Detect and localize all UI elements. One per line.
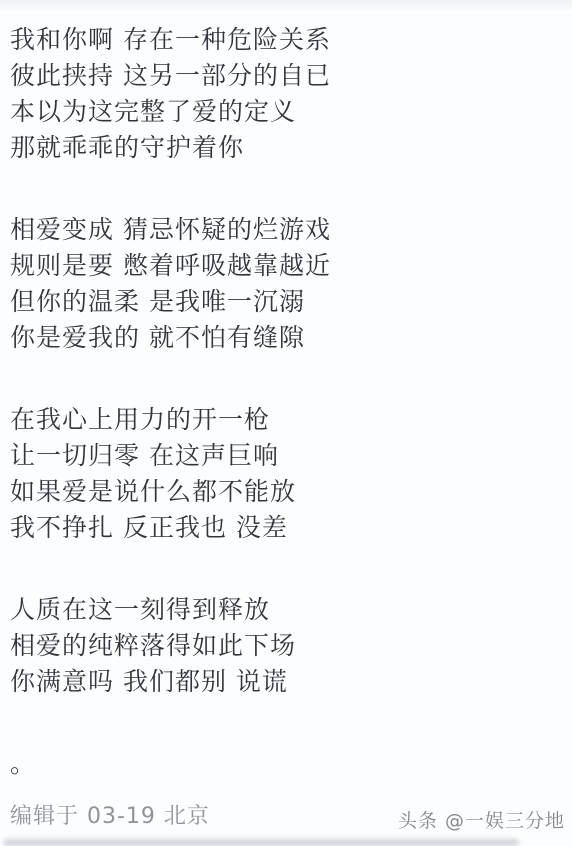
- lyrics-stanza-4: 人质在这一刻得到释放 相爱的纯粹落得如此下场 你满意吗 我们都别 说谎: [10, 592, 566, 700]
- lyrics-text: 我和你啊 存在一种危险关系 彼此挟持 这另一部分的自已 本以为这完整了爱的定义 …: [10, 22, 566, 782]
- lyric-line: 但你的温柔 是我唯一沉溺: [10, 284, 566, 320]
- lyric-line: 在我心上用力的开一枪: [10, 402, 566, 438]
- lyric-line: 人质在这一刻得到释放: [10, 592, 566, 628]
- edit-timestamp-location: 编辑于 03-19 北京: [10, 802, 210, 832]
- lyric-line: 规则是要 憋着呼吸越靠越近: [10, 248, 566, 284]
- lyric-line: 你满意吗 我们都别 说谎: [10, 664, 566, 700]
- lyric-line: 相爱变成 猜忌怀疑的烂游戏: [10, 212, 566, 248]
- cropped-next-row-shade: [3, 839, 519, 846]
- toutiao-watermark: 头条 @一娱三分地: [398, 806, 565, 833]
- lyric-line: 让一切归零 在这声巨响: [10, 438, 566, 474]
- lyric-line: 你是爱我的 就不怕有缝隙: [10, 320, 566, 356]
- lyric-line: 相爱的纯粹落得如此下场: [10, 628, 566, 664]
- lyrics-stanza-3: 在我心上用力的开一枪 让一切归零 在这声巨响 如果爱是说什么都不能放 我不挣扎 …: [10, 402, 566, 546]
- lyric-line: 本以为这完整了爱的定义: [10, 94, 566, 130]
- lyric-line: 那就乖乖的守护着你: [10, 130, 566, 166]
- lyrics-stanza-1: 我和你啊 存在一种危险关系 彼此挟持 这另一部分的自已 本以为这完整了爱的定义 …: [10, 22, 566, 166]
- lyric-line: 我和你啊 存在一种危险关系: [10, 22, 566, 58]
- trailing-period: 。: [10, 746, 566, 782]
- lyrics-stanza-2: 相爱变成 猜忌怀疑的烂游戏 规则是要 憋着呼吸越靠越近 但你的温柔 是我唯一沉溺…: [10, 212, 566, 356]
- lyric-line: 彼此挟持 这另一部分的自已: [10, 58, 566, 94]
- post-page: 我和你啊 存在一种危险关系 彼此挟持 这另一部分的自已 本以为这完整了爱的定义 …: [0, 0, 572, 846]
- lyric-line: 我不挣扎 反正我也 没差: [10, 510, 566, 546]
- lyric-line: 如果爱是说什么都不能放: [10, 474, 566, 510]
- top-edge-shade: [0, 0, 572, 13]
